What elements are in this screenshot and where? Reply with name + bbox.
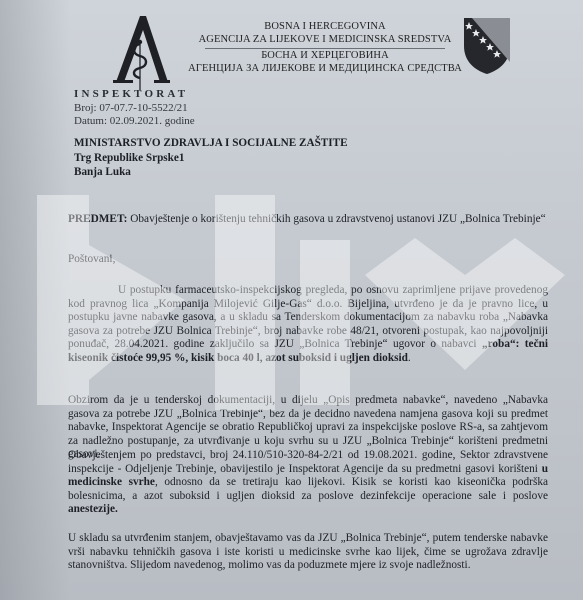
- paragraph-3: Obavještenjem po predstavci, broj 24.110…: [68, 449, 548, 517]
- document-date: Datum: 02.09.2021. godine: [74, 115, 195, 127]
- recipient-city: Banja Luka: [74, 165, 348, 180]
- country-latin: BOSNA I HERCEGOVINA: [175, 20, 475, 33]
- paragraph-4: U skladu sa utvrđenim stanjem, obavješta…: [68, 532, 548, 573]
- country-cyrillic: БОСНА И ХЕРЦЕГОВИНА: [175, 49, 475, 62]
- agency-cyrillic: АГЕНЦИЈА ЗА ЛИЈЕКОВЕ И МЕДИЦИНСКА СРЕДСТ…: [175, 62, 475, 75]
- recipient-name: MINISTARSTVO ZDRAVLJA I SOCIJALNE ZAŠTIT…: [74, 136, 348, 151]
- agency-logo-icon: [110, 14, 170, 90]
- reference-number: Broj: 07-07.7-10-5522/21: [74, 102, 188, 114]
- agency-name-latin: BOSNA I HERCEGOVINA AGENCIJA ZA LIJEKOVE…: [175, 20, 475, 50]
- recipient-address: MINISTARSTVO ZDRAVLJA I SOCIJALNE ZAŠTIT…: [74, 136, 348, 180]
- subject-text: Obavještenje o korištenju tehničkih gaso…: [127, 213, 545, 225]
- paragraph-1-end: .: [408, 352, 411, 364]
- greeting: Poštovani,: [68, 253, 548, 267]
- paragraph-1-text: U postupku farmaceutsko-inspekcijskog pr…: [68, 284, 548, 350]
- scanned-letter: BOSNA I HERCEGOVINA AGENCIJA ZA LIJEKOVE…: [0, 0, 583, 600]
- agency-latin: AGENCIJA ZA LIJEKOVE I MEDICINSKA SREDST…: [175, 33, 475, 46]
- agency-name-cyrillic: БОСНА И ХЕРЦЕГОВИНА АГЕНЦИЈА ЗА ЛИЈЕКОВЕ…: [175, 49, 475, 75]
- subject-line: PREDMET: Obavještenje o korištenju tehni…: [68, 213, 548, 227]
- subject-label: PREDMET:: [68, 213, 127, 225]
- coat-of-arms-icon: [462, 16, 512, 76]
- recipient-street: Trg Republike Srpske1: [74, 151, 348, 166]
- paragraph-3-bold-2: anestezije.: [68, 503, 118, 515]
- paragraph-1: U postupku farmaceutsko-inspekcijskog pr…: [68, 284, 548, 366]
- department-title: INSPEKTORAT: [74, 88, 188, 100]
- paragraph-3-text: Obavještenjem po predstavci, broj 24.110…: [68, 449, 548, 475]
